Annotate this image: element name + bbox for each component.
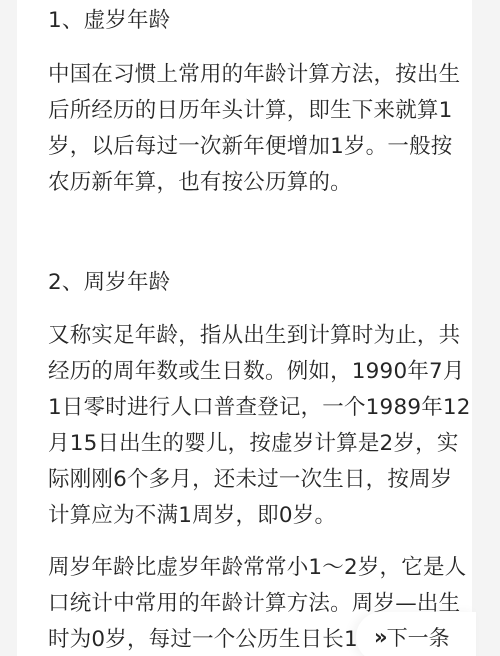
text-line: 月15日出生的婴儿，按虚岁计算是2岁，实 bbox=[48, 426, 468, 462]
text-line: 又称实足年龄，指从出生到计算时为止，共 bbox=[48, 318, 468, 354]
text-line: 后所经历的日历年头计算，即生下来就算1 bbox=[48, 93, 468, 129]
text-line: 中国在习惯上常用的年龄计算方法，按出生 bbox=[48, 57, 468, 93]
article-page: 1、虚岁年龄 中国在习惯上常用的年龄计算方法，按出生 后所经历的日历年头计算，即… bbox=[17, 0, 472, 656]
text-line: 经历的周年数或生日数。例如，1990年7月 bbox=[48, 354, 468, 390]
section-1-heading: 1、虚岁年龄 bbox=[48, 3, 468, 39]
section-2-paragraph-1: 又称实足年龄，指从出生到计算时为止，共 经历的周年数或生日数。例如，1990年7… bbox=[48, 318, 468, 534]
text-line: 1日零时进行人口普查登记，一个1989年12 bbox=[48, 390, 468, 426]
text-line: 岁，以后每过一次新年便增加1岁。一般按 bbox=[48, 129, 468, 165]
next-item-button[interactable]: » 下一条 bbox=[356, 612, 476, 656]
text-line: 计算应为不满1周岁，即0岁。 bbox=[48, 498, 468, 534]
text-line: 际刚刚6个多月，还未过一次生日，按周岁 bbox=[48, 462, 468, 498]
text-line: 农历新年算，也有按公历算的。 bbox=[48, 165, 468, 201]
text-line: 周岁年龄比虚岁年龄常常小1～2岁，它是人 bbox=[48, 550, 468, 586]
section-2-heading: 2、周岁年龄 bbox=[48, 265, 468, 301]
double-chevron-right-icon: » bbox=[374, 625, 385, 649]
next-item-label: 下一条 bbox=[387, 622, 450, 652]
section-1-paragraph-1: 中国在习惯上常用的年龄计算方法，按出生 后所经历的日历年头计算，即生下来就算1 … bbox=[48, 57, 468, 201]
